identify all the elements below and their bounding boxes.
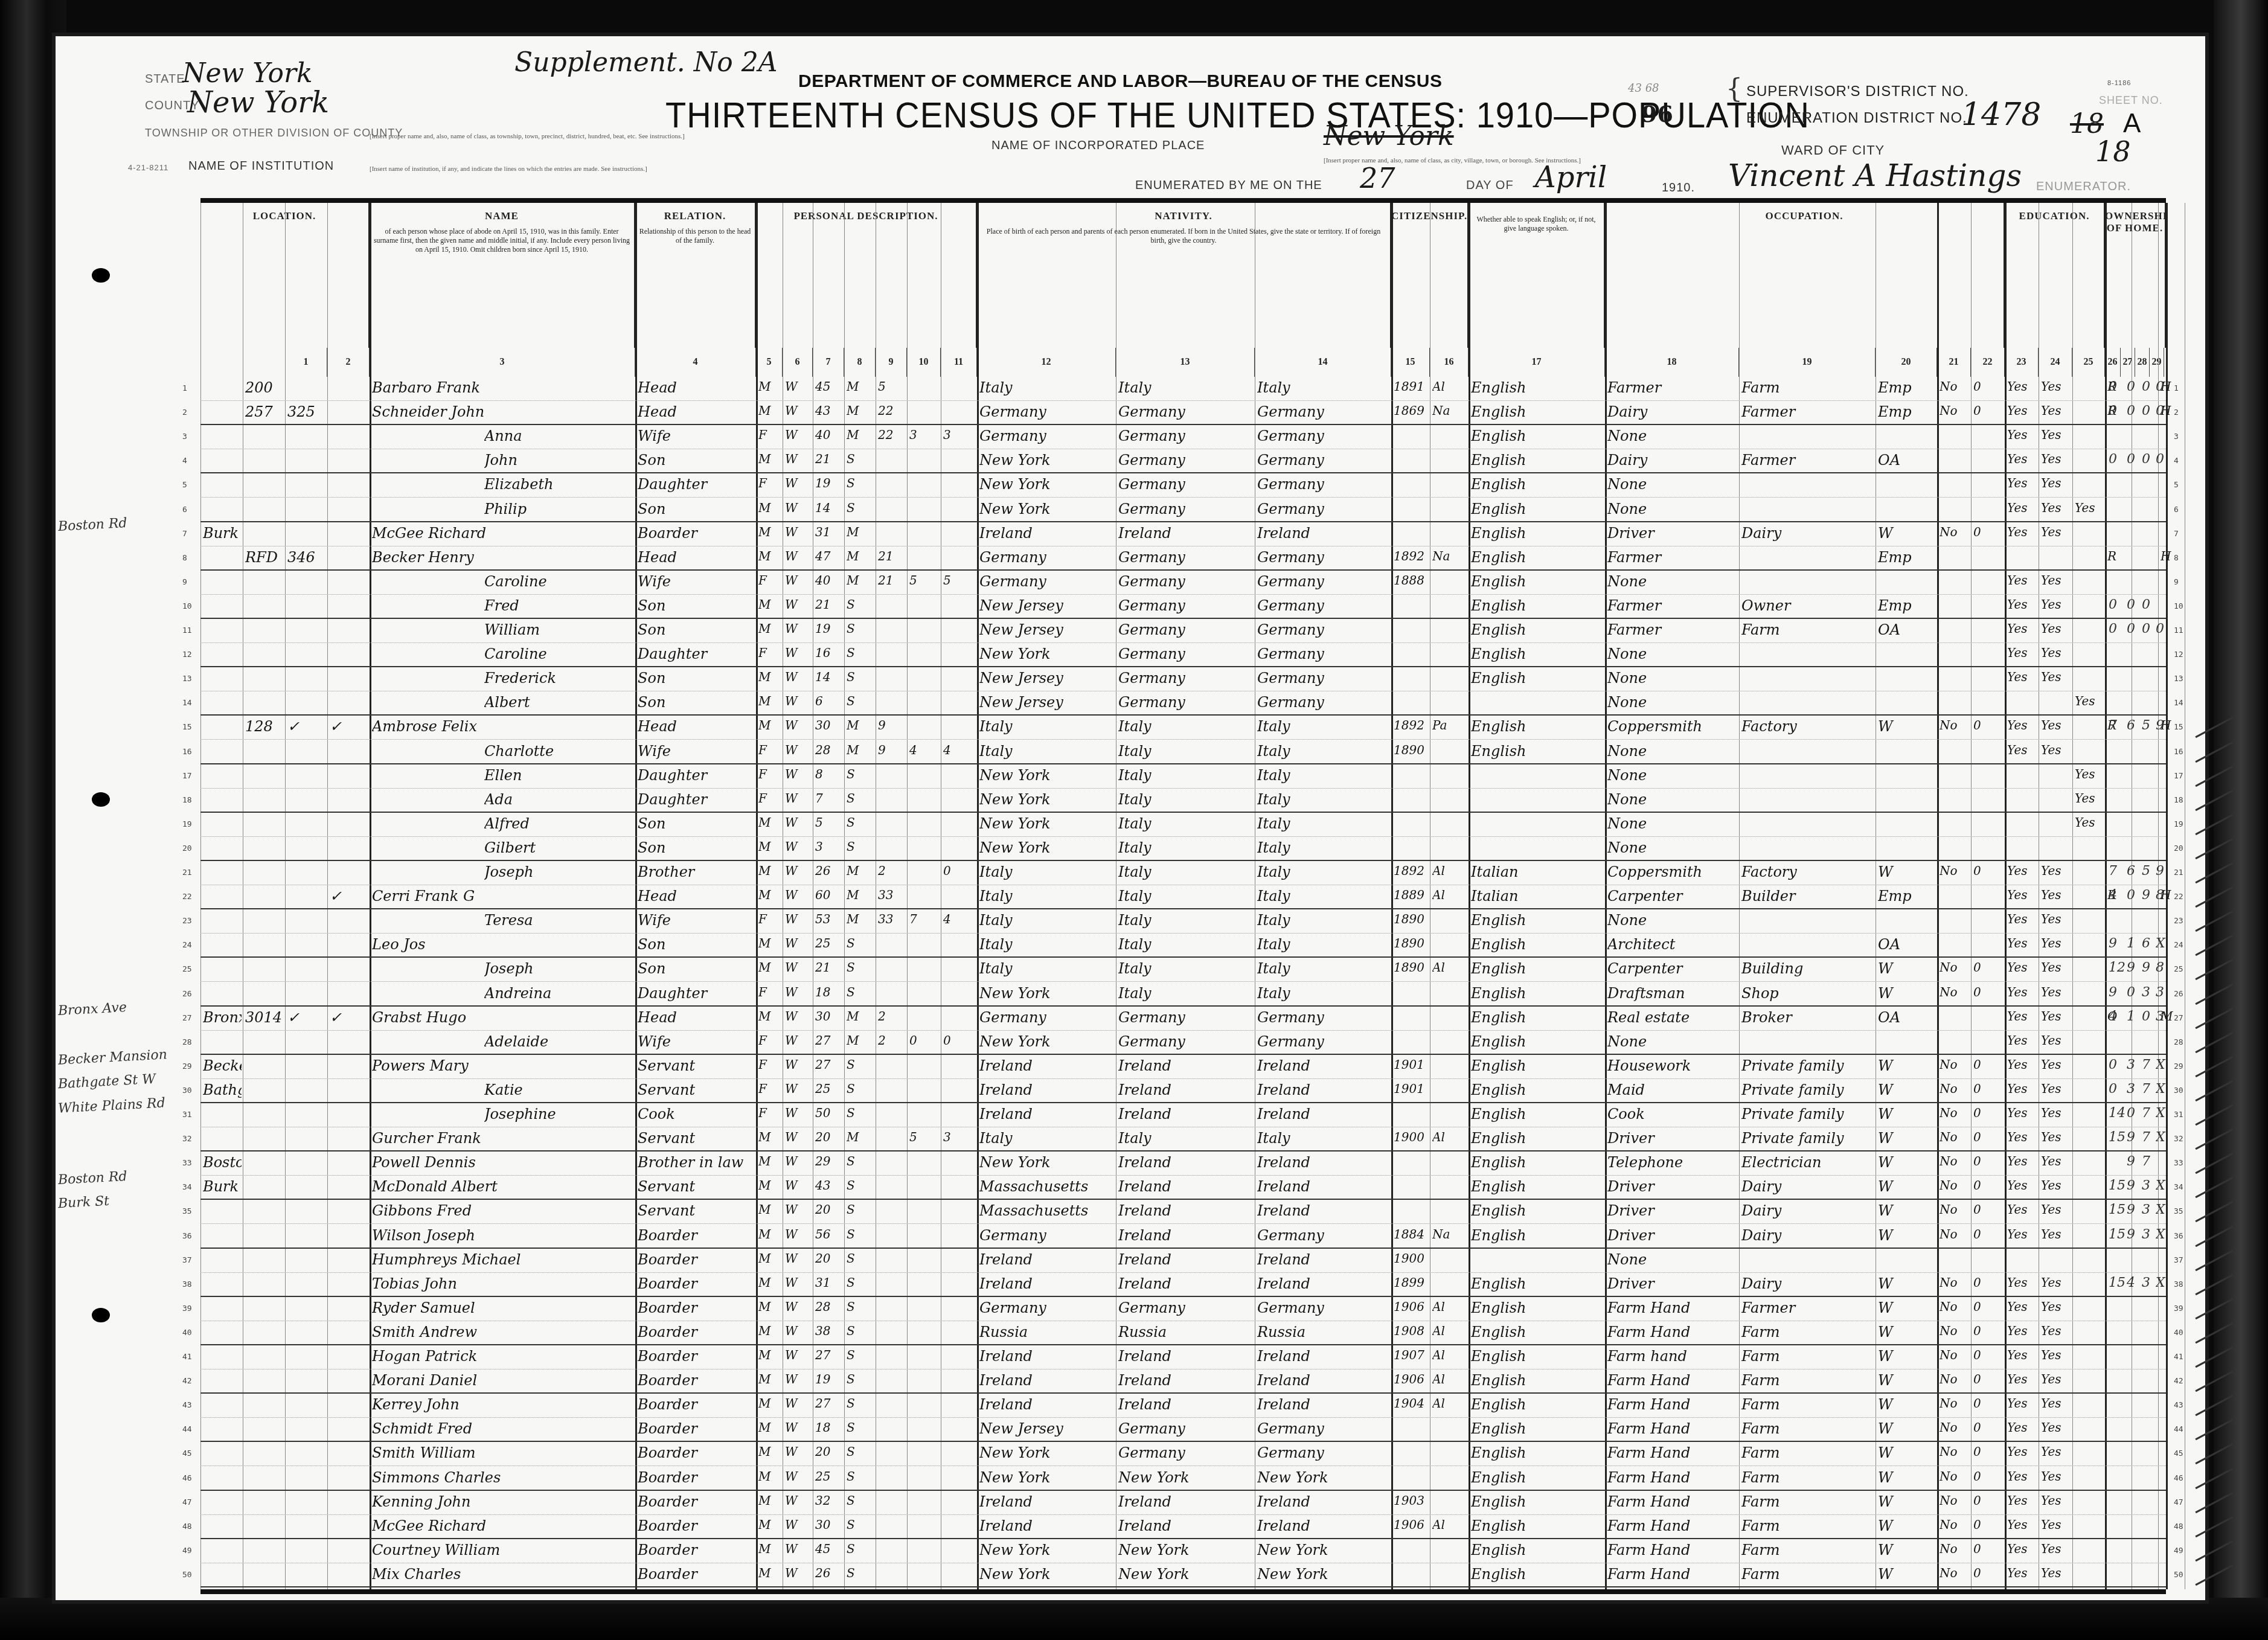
cell-race: W (785, 912, 812, 935)
cell-weeks: 0 (1973, 1299, 2004, 1322)
column-group-label: OWNERSHIP OF HOME. (2105, 203, 2165, 234)
cell-ms: S (847, 1057, 874, 1080)
cell-pob-f: Germany (1118, 1420, 1254, 1443)
sheet-number: 18 (2095, 135, 2131, 168)
cell-emp: W (1878, 1227, 1936, 1250)
cell-nat: Al (1432, 1348, 1467, 1371)
cell-pob: New Jersey (979, 1420, 1115, 1443)
cell-write: Yes (2041, 621, 2071, 644)
cell-trade: Maid (1607, 1081, 1738, 1104)
cell-emp: W (1878, 1081, 1936, 1104)
cell-street: Bronx Ave (203, 1009, 242, 1032)
cell-lang: English (1471, 1130, 1604, 1153)
cell-age: 60 (815, 888, 843, 911)
cell-lang: English (1471, 1542, 1604, 1565)
column-number: 28 (2135, 348, 2150, 377)
cell-school: Yes (2075, 501, 2104, 524)
cell-name: Smith William (372, 1444, 634, 1467)
cell-trade: None (1607, 1251, 1738, 1274)
cell-yrs: 22 (878, 428, 906, 450)
line-number: 19 (182, 820, 192, 829)
cell-yrs: 21 (878, 573, 906, 596)
line-number: 17 (182, 772, 192, 781)
cell-read: Yes (2007, 718, 2037, 741)
cell-age: 19 (815, 621, 843, 644)
census-row: 3535Gibbons FredServantMW20SMassachusett… (200, 1200, 2166, 1224)
cell-pob-f: Ireland (1118, 1081, 1254, 1104)
cell-read: Yes (2007, 1542, 2037, 1565)
cell-age: 43 (815, 1178, 843, 1201)
column-number: 12 (977, 348, 1116, 377)
page-stamp: 96 (1641, 100, 1673, 127)
cell-race: W (785, 791, 812, 814)
column-group-label (1469, 203, 1604, 210)
column-number: 13 (1116, 348, 1255, 377)
margin-annotation: Bathgate St W (57, 1072, 156, 1092)
line-number: 48 (2174, 1522, 2183, 1531)
cell-pob: New York (979, 476, 1115, 499)
brace: { (1726, 74, 1743, 104)
cell-out: No (1940, 863, 1970, 886)
cell-yrs: 2 (878, 1009, 906, 1032)
cell-rel: Wife (638, 912, 755, 935)
cell-ms: S (847, 936, 874, 959)
cell-sex: M (758, 1009, 781, 1032)
cell-weeks: 0 (1973, 1348, 2004, 1371)
cell-ms: M (847, 573, 874, 596)
cell-rel: Son (638, 501, 755, 524)
cell-ms: S (847, 597, 874, 620)
line-number: 49 (182, 1546, 192, 1555)
cell-sex: M (758, 863, 781, 886)
cell-pob: New York (979, 1542, 1115, 1565)
cell-ms: S (847, 1106, 874, 1129)
cell-sex: M (758, 1130, 781, 1153)
cell-age: 16 (815, 645, 843, 668)
cell-race: W (785, 1299, 812, 1322)
cell-name: Ambrose Felix (372, 718, 634, 741)
cell-rel: Boarder (638, 1372, 755, 1395)
cell-lang: Italian (1471, 863, 1604, 886)
cell-ms: S (847, 1251, 874, 1274)
line-number: 9 (2174, 578, 2179, 587)
cell-read: Yes (2007, 1299, 2037, 1322)
cell-read: Yes (2007, 1057, 2037, 1080)
cell-born: 3 (909, 428, 940, 450)
cell-lang: English (1471, 1396, 1604, 1419)
cell-rel: Son (638, 452, 755, 475)
cell-emp: W (1878, 1493, 1936, 1516)
cell-pob-m: Germany (1257, 403, 1390, 426)
cell-read: Yes (2007, 597, 2037, 620)
cell-write: Yes (2041, 476, 2071, 499)
line-number: 46 (2174, 1474, 2183, 1483)
line-number: 47 (2174, 1498, 2183, 1507)
column-number: 22 (1971, 348, 2005, 377)
cell-out: No (1940, 403, 1970, 426)
column-group-header: RELATION.Relationship of this person to … (635, 203, 756, 348)
cell-weeks: 0 (1973, 1106, 2004, 1129)
cell-out: No (1940, 1348, 1970, 1371)
cell-weeks: 0 (1973, 1372, 2004, 1395)
cell-rel: Brother in law (638, 1154, 755, 1177)
cell-pob-m: New York (1257, 1566, 1390, 1589)
cell-out: No (1940, 1130, 1970, 1153)
cell-pob: Italy (979, 379, 1115, 402)
cell-pob: New York (979, 501, 1115, 524)
column-group-header: OWNERSHIP OF HOME. (2105, 203, 2166, 348)
cell-rel: Servant (638, 1178, 755, 1201)
cell-yrs: 33 (878, 888, 906, 911)
cell-out: No (1940, 1444, 1970, 1467)
cell-name: Ryder Samuel (372, 1299, 634, 1322)
cell-trade: Real estate (1607, 1009, 1738, 1032)
cell-born: 4 (909, 743, 940, 766)
cell-name: Kerrey John (372, 1396, 634, 1419)
line-number: 9 (182, 578, 187, 587)
line-number: 49 (2174, 1546, 2183, 1555)
cell-age: 29 (815, 1154, 843, 1177)
cell-age: 21 (815, 960, 843, 983)
cell-pob-f: Ireland (1118, 1348, 1254, 1371)
cell-race: W (785, 1251, 812, 1274)
cell-lang: English (1471, 525, 1604, 548)
column-group-header: NAMEof each person whose place of abode … (370, 203, 635, 348)
cell-street: Burk St (203, 525, 242, 548)
census-row: 4040Smith AndrewBoarderMW38SRussiaRussia… (200, 1321, 2166, 1345)
census-row: 5050Mix CharlesBoarderMW26SNew YorkNew Y… (200, 1563, 2166, 1587)
cell-ownership-code: 0 (2156, 379, 2182, 402)
cell-rel: Boarder (638, 1444, 755, 1467)
cell-sex: M (758, 1154, 781, 1177)
cell-sex: F (758, 573, 781, 596)
cell-out: No (1940, 1057, 1970, 1080)
cell-read: Yes (2007, 1566, 2037, 1589)
cell-weeks: 0 (1973, 525, 2004, 548)
line-number: 34 (182, 1183, 192, 1192)
cell-rel: Boarder (638, 525, 755, 548)
column-number: 10 (907, 348, 941, 377)
census-row: 2424Leo JosSonMW25SItalyItalyItaly1890En… (200, 934, 2166, 958)
cell-emp: W (1878, 863, 1936, 886)
cell-pob-f: Germany (1118, 549, 1254, 572)
cell-trade: None (1607, 501, 1738, 524)
cell-rel: Head (638, 888, 755, 911)
cell-read: Yes (2007, 743, 2037, 766)
cell-race: W (785, 1469, 812, 1492)
cell-pob-m: Ireland (1257, 1057, 1390, 1080)
cell-age: 21 (815, 597, 843, 620)
census-row: 3737Humphreys MichaelBoarderMW20SIreland… (200, 1249, 2166, 1273)
cell-read: Yes (2007, 863, 2037, 886)
census-row: 1919AlfredSonMW5SNew YorkItalyItalyNoneY… (200, 813, 2166, 837)
cell-rel: Boarder (638, 1251, 755, 1274)
punch-hole (92, 268, 110, 283)
line-number: 46 (182, 1474, 192, 1483)
line-number: 33 (182, 1159, 192, 1168)
cell-pob: Ireland (979, 1348, 1115, 1371)
cell-trade: Farm Hand (1607, 1420, 1738, 1443)
cell-emp: W (1878, 1396, 1936, 1419)
cell-read: Yes (2007, 452, 2037, 475)
cell-ownership-code: 0 (2156, 403, 2182, 426)
cell-lang: English (1471, 718, 1604, 741)
cell-write: Yes (2041, 960, 2071, 983)
cell-race: W (785, 960, 812, 983)
cell-sex: M (758, 1348, 781, 1371)
census-title: THIRTEENTH CENSUS OF THE UNITED STATES: … (665, 94, 1810, 135)
cell-read: Yes (2007, 1348, 2037, 1371)
cell-sex: M (758, 1542, 781, 1565)
cell-weeks: 0 (1973, 379, 2004, 402)
cell-trade: Driver (1607, 1178, 1738, 1201)
cell-rel: Servant (638, 1057, 755, 1080)
cell-imm: 1901 (1394, 1081, 1429, 1104)
cell-pob-f: Ireland (1118, 1396, 1254, 1419)
cell-yrs: 2 (878, 863, 906, 886)
cell-imm: 1890 (1394, 960, 1429, 983)
supervisor-district-label: SUPERVISOR'S DISTRICT NO. (1746, 83, 1969, 100)
cell-emp: W (1878, 960, 1936, 983)
cell-race: W (785, 1178, 812, 1201)
cell-race: W (785, 1348, 812, 1371)
cell-industry: Dairy (1741, 525, 1874, 548)
census-row: 2222✓Cerri Frank GHeadMW60M33ItalyItalyI… (200, 885, 2166, 909)
cell-pob-m: Germany (1257, 428, 1390, 450)
cell-age: 18 (815, 1420, 843, 1443)
cell-age: 32 (815, 1493, 843, 1516)
institution-label: NAME OF INSTITUTION (188, 159, 334, 173)
cell-rel: Boarder (638, 1542, 755, 1565)
cell-rel: Servant (638, 1202, 755, 1225)
cell-imm: 1888 (1394, 573, 1429, 596)
cell-nat: Al (1432, 960, 1467, 983)
line-number: 16 (2174, 748, 2183, 757)
census-row: 4343Kerrey JohnBoarderMW27SIrelandIrelan… (200, 1394, 2166, 1418)
cell-pob-f: Ireland (1118, 1517, 1254, 1540)
cell-read: Yes (2007, 1227, 2037, 1250)
cell-rel: Wife (638, 743, 755, 766)
cell-pob-m: Ireland (1257, 1251, 1390, 1274)
line-number: 11 (182, 626, 192, 635)
cell-out: No (1940, 1420, 1970, 1443)
census-row: 2828AdelaideWifeFW27M200New YorkGermanyG… (200, 1031, 2166, 1055)
column-number: 5 (756, 348, 783, 377)
census-row: 2323TeresaWifeFW53M3374ItalyItalyItaly18… (200, 909, 2166, 934)
cell-read: Yes (2007, 1081, 2037, 1104)
cell-trade: Farmer (1607, 379, 1738, 402)
cell-emp: W (1878, 1106, 1936, 1129)
column-group-description: of each person whose place of abode on A… (370, 222, 634, 259)
cell-pob-f: Italy (1118, 791, 1254, 814)
cell-ownership-code: 8 (2156, 960, 2182, 983)
cell-pob: Ireland (979, 1057, 1115, 1080)
cell-emp: Emp (1878, 403, 1936, 426)
cell-ms: S (847, 1299, 874, 1322)
cell-pob: New Jersey (979, 694, 1115, 717)
cell-pob: Germany (979, 1299, 1115, 1322)
cell-imm: 1908 (1394, 1324, 1429, 1347)
cell-yrs: 9 (878, 743, 906, 766)
cell-emp: W (1878, 1372, 1936, 1395)
line-number: 7 (182, 530, 187, 539)
cell-race: W (785, 1372, 812, 1395)
cell-pob-m: Ireland (1257, 1178, 1390, 1201)
cell-ms: M (847, 403, 874, 426)
cell-industry: Farm (1741, 1566, 1874, 1589)
cell-nat: Al (1432, 863, 1467, 886)
cell-race: W (785, 985, 812, 1008)
cell-trade: Driver (1607, 525, 1738, 548)
cell-ms: S (847, 621, 874, 644)
cell-emp: W (1878, 1517, 1936, 1540)
cell-pob-m: Germany (1257, 1009, 1390, 1032)
cell-rel: Boarder (638, 1275, 755, 1298)
cell-age: 26 (815, 1566, 843, 1589)
cell-pob-f: Ireland (1118, 1057, 1254, 1080)
cell-age: 30 (815, 1009, 843, 1032)
cell-industry: Private family (1741, 1130, 1874, 1153)
cell-house: 200 (245, 379, 284, 402)
cell-age: 47 (815, 549, 843, 572)
cell-lang: English (1471, 1372, 1604, 1395)
census-row: 3030Bathgate St White Plains RdKatieServ… (200, 1079, 2166, 1103)
cell-imm: 1890 (1394, 743, 1429, 766)
cell-pob-m: Ireland (1257, 1517, 1390, 1540)
cell-pob: Massachusetts (979, 1202, 1115, 1225)
cell-age: 26 (815, 863, 843, 886)
cell-nat: Na (1432, 403, 1467, 426)
cell-trade: Carpenter (1607, 888, 1738, 911)
department-heading: DEPARTMENT OF COMMERCE AND LABOR—BUREAU … (798, 71, 1443, 92)
cell-dwell: ✓ (287, 1009, 326, 1032)
cell-industry: Private family (1741, 1081, 1874, 1104)
cell-ownership-code: 0 (2156, 621, 2182, 644)
cell-write: Yes (2041, 379, 2071, 402)
cell-weeks: 0 (1973, 1275, 2004, 1298)
cell-read: Yes (2007, 670, 2037, 693)
cell-living: 3 (943, 428, 976, 450)
township-hint: [Insert proper name and, also, name of c… (370, 133, 685, 140)
cell-age: 21 (815, 452, 843, 475)
cell-rel: Son (638, 839, 755, 862)
cell-lang: English (1471, 1154, 1604, 1177)
cell-sex: M (758, 1227, 781, 1250)
cell-emp: W (1878, 1154, 1936, 1177)
cell-ownership-code: X (2156, 1275, 2182, 1298)
cell-name: Schmidt Fred (372, 1420, 634, 1443)
cell-pob-m: Italy (1257, 815, 1390, 838)
cell-name: McGee Richard (372, 1517, 634, 1540)
cell-out: No (1940, 1154, 1970, 1177)
cell-pob: New York (979, 767, 1115, 790)
column-number: 26 (2105, 348, 2121, 377)
cell-weeks: 0 (1973, 1517, 2004, 1540)
line-number: 43 (182, 1401, 192, 1410)
cell-lang: English (1471, 1009, 1604, 1032)
census-row: 1717EllenDaughterFW8SNew YorkItalyItalyN… (200, 764, 2166, 789)
cell-name: Morani Daniel (372, 1372, 634, 1395)
cell-ms: S (847, 815, 874, 838)
cell-age: 20 (815, 1444, 843, 1467)
cell-write: Yes (2041, 670, 2071, 693)
line-number: 12 (2174, 650, 2183, 659)
line-number: 43 (2174, 1401, 2183, 1410)
cell-name: Kenning John (372, 1493, 634, 1516)
cell-trade: Driver (1607, 1275, 1738, 1298)
cell-age: 19 (815, 476, 843, 499)
line-number: 45 (182, 1449, 192, 1458)
cell-weeks: 0 (1973, 1420, 2004, 1443)
cell-race: W (785, 1444, 812, 1467)
census-row: 2020GilbertSonMW3SNew YorkItalyItalyNone (200, 837, 2166, 861)
cell-race: W (785, 815, 812, 838)
cell-sex: M (758, 1396, 781, 1419)
column-number: 18 (1605, 348, 1739, 377)
cell-pob-f: Russia (1118, 1324, 1254, 1347)
cell-ms: S (847, 1324, 874, 1347)
census-row: 4949Courtney WilliamBoarderMW45SNew York… (200, 1539, 2166, 1563)
cell-ownership-code: 9 (2156, 863, 2182, 886)
cell-imm: 1884 (1394, 1227, 1429, 1250)
cell-lang: English (1471, 1033, 1604, 1056)
line-number: 4 (182, 456, 187, 466)
cell-write: Yes (2041, 863, 2071, 886)
supplement-note: Supplement. No 2A (514, 47, 777, 78)
census-row: 4545Smith WilliamBoarderMW20SNew YorkGer… (200, 1442, 2166, 1466)
census-row: 3838Tobias JohnBoarderMW31SIrelandIrelan… (200, 1273, 2166, 1297)
column-number: 6 (783, 348, 813, 377)
census-row: 1313FrederickSonMW14SNew JerseyGermanyGe… (200, 667, 2166, 691)
cell-rel: Boarder (638, 1420, 755, 1443)
census-row: 55ElizabethDaughterFW19SNew YorkGermanyG… (200, 473, 2166, 498)
cell-school: Yes (2075, 791, 2104, 814)
cell-pob-f: Germany (1118, 501, 1254, 524)
cell-write: Yes (2041, 1324, 2071, 1347)
cell-race: W (785, 476, 812, 499)
cell-sex: M (758, 815, 781, 838)
cell-pob-m: Italy (1257, 839, 1390, 862)
cell-industry: Farm (1741, 1469, 1874, 1492)
cell-lang: English (1471, 670, 1604, 693)
census-row: 3434Burk StMcDonald AlbertServantMW43SMa… (200, 1176, 2166, 1200)
cell-race: W (785, 1081, 812, 1104)
cell-write: Yes (2041, 1009, 2071, 1032)
cell-pob: Massachusetts (979, 1178, 1115, 1201)
cell-read: Yes (2007, 1154, 2037, 1177)
cell-write: Yes (2041, 1420, 2071, 1443)
cell-trade: Dairy (1607, 452, 1738, 475)
cell-pob-m: Italy (1257, 743, 1390, 766)
cell-dwell: ✓ (287, 718, 326, 741)
cell-sex: M (758, 452, 781, 475)
cell-trade: Driver (1607, 1227, 1738, 1250)
cell-ms: S (847, 670, 874, 693)
cell-imm: 1891 (1394, 379, 1429, 402)
cell-out: No (1940, 1542, 1970, 1565)
cell-pob-f: Germany (1118, 452, 1254, 475)
cell-rel: Son (638, 621, 755, 644)
cell-race: W (785, 1009, 812, 1032)
cell-pob-f: Ireland (1118, 1202, 1254, 1225)
cell-rel: Wife (638, 1033, 755, 1056)
census-sheet: STATE New York COUNTY New York TOWNSHIP … (56, 36, 2205, 1600)
cell-lang: English (1471, 743, 1604, 766)
cell-pob: Germany (979, 1227, 1115, 1250)
cell-fam: ✓ (330, 888, 368, 911)
cell-trade: None (1607, 912, 1738, 935)
cell-trade: Dairy (1607, 403, 1738, 426)
